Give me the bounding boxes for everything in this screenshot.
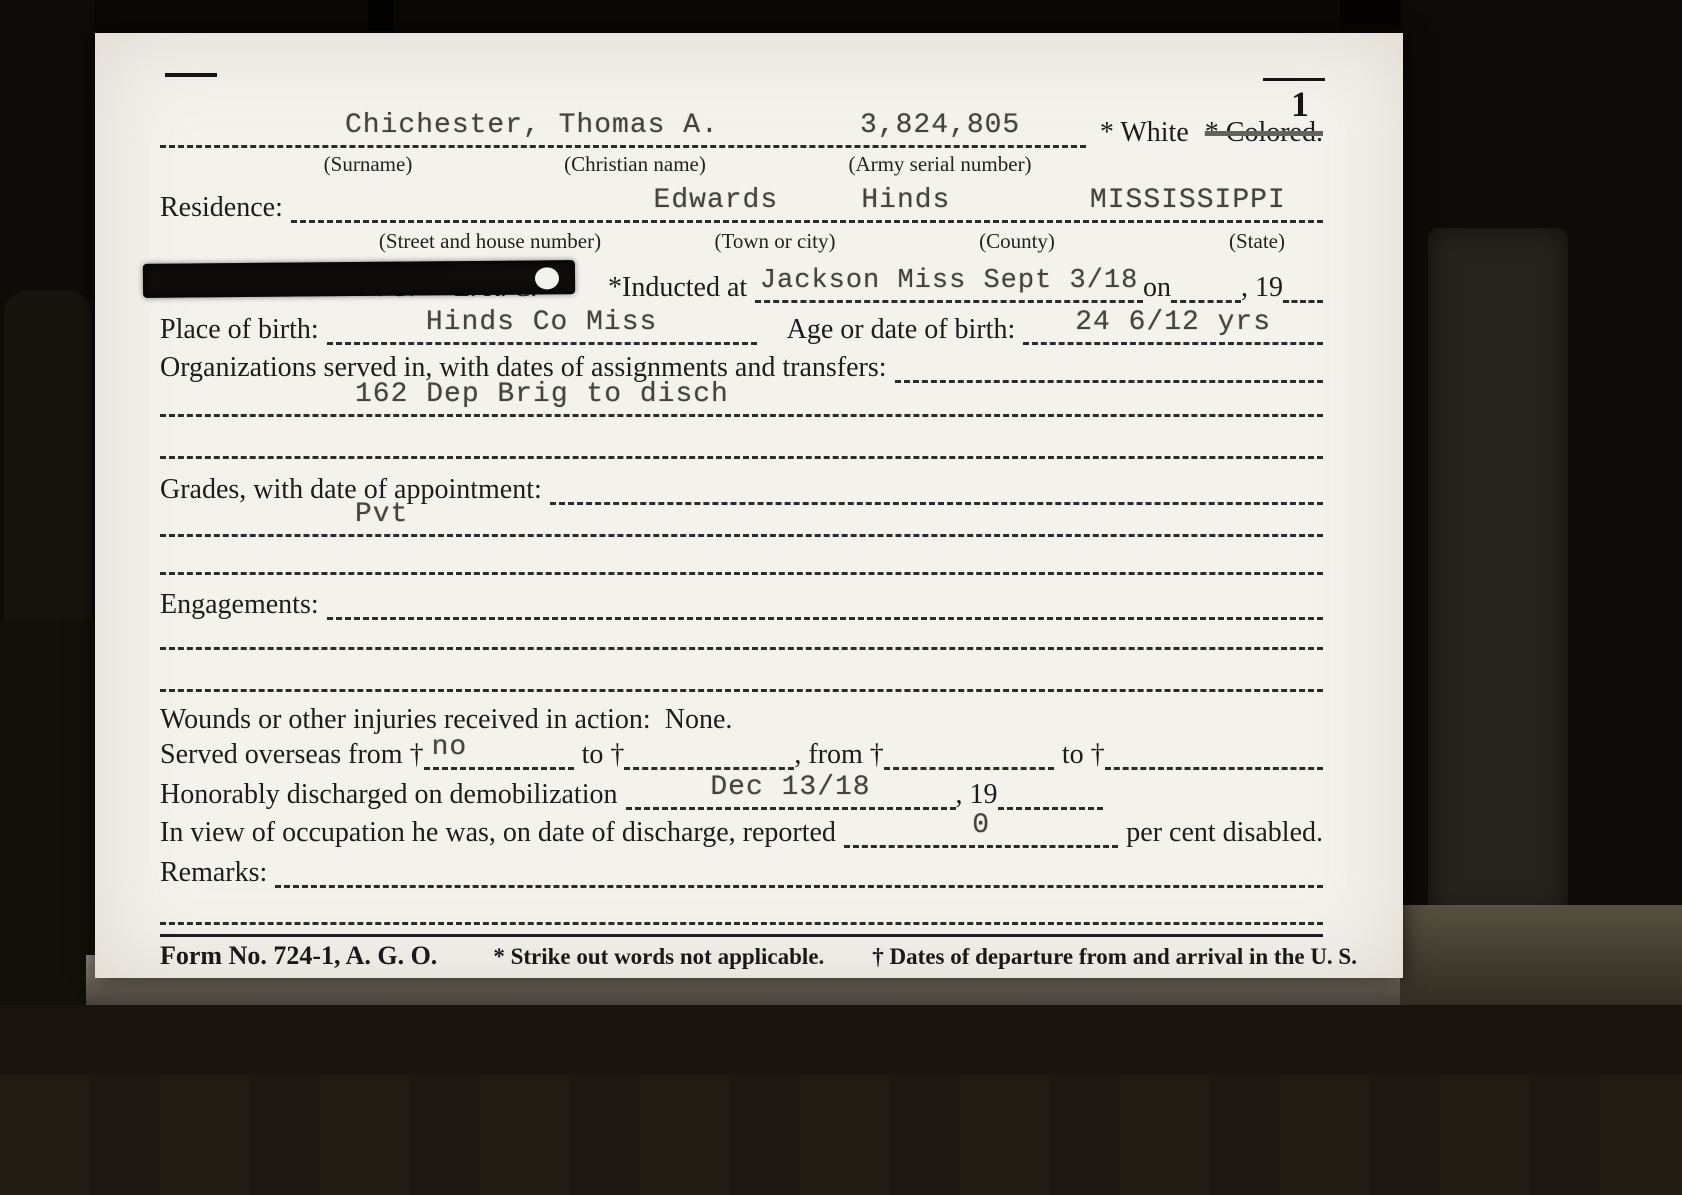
blank-field-1: [160, 426, 1323, 459]
place-of-birth-label: Place of birth:: [160, 315, 319, 345]
inducted-date-field: [1171, 270, 1241, 303]
christian-name-caption: (Christian name): [564, 152, 706, 177]
overseas-to2-label: to †: [1062, 740, 1105, 770]
wounds-label: Wounds or other injuries received in act…: [160, 705, 651, 735]
place-of-birth-value: Hinds Co Miss: [426, 307, 657, 338]
year-19-label: , 19: [1241, 273, 1283, 303]
discharge-year-field: [998, 777, 1103, 810]
overseas-to1-field: [624, 737, 794, 770]
residence-row: Residence: Edwards Hinds MISSISSIPPI: [160, 191, 1323, 223]
footer-note-dates: † Dates of departure from and arrival in…: [872, 944, 1357, 970]
overseas-to2-field: [1105, 737, 1323, 770]
discharge-year-label: , 19: [956, 780, 998, 810]
blank-field-3: [160, 617, 1323, 650]
overseas-from2-label: , from †: [794, 740, 883, 770]
redaction-bar-hole: [535, 267, 559, 289]
state-caption: (State): [1229, 229, 1285, 254]
overseas-row: Served overseas from † no to † , from † …: [160, 738, 1323, 770]
service-record-card: 1 Chichester, Thomas A. 3,824,805 * Whit…: [95, 33, 1403, 978]
disability-percent-field: 0: [844, 815, 1118, 848]
disability-row: In view of occupation he was, on date of…: [160, 816, 1323, 848]
town-caption: (Town or city): [715, 229, 836, 254]
army-serial-value: 3,824,805: [860, 110, 1020, 141]
grades-value: Pvt: [355, 499, 408, 530]
surname-name-value: Chichester, Thomas A.: [345, 110, 719, 141]
remarks-label: Remarks:: [160, 858, 267, 888]
blank-line-4: [160, 660, 1323, 692]
blank-field-5: [160, 892, 1323, 925]
form-number: Form No. 724-1, A. G. O.: [160, 941, 437, 971]
scan-bed-right-tab: [1428, 228, 1568, 916]
scan-bed-top-mark-2: [1340, 0, 1400, 26]
age-label: Age or date of birth:: [787, 315, 1016, 345]
surname-caption: (Surname): [324, 152, 413, 177]
overseas-from1-value: no: [432, 732, 468, 763]
organizations-value-field: 162 Dep Brig to disch: [160, 384, 1323, 417]
residence-label: Residence:: [160, 193, 283, 223]
age-value: 24 6/12 yrs: [1075, 307, 1271, 338]
residence-town-value: Edwards: [654, 185, 779, 216]
overseas-from1-field: no: [424, 737, 574, 770]
overseas-to1-label: to †: [582, 740, 625, 770]
discharge-date-value: Dec 13/18: [710, 772, 870, 803]
blank-field-4: [160, 659, 1323, 692]
disability-suffix-label: per cent disabled.: [1126, 818, 1323, 848]
age-field: 24 6/12 yrs: [1023, 312, 1323, 345]
remarks-field: [275, 855, 1323, 888]
overseas-from2-field: [884, 737, 1054, 770]
scanned-photo: 1 Chichester, Thomas A. 3,824,805 * Whit…: [0, 0, 1682, 1195]
grades-field: [550, 472, 1323, 505]
blank-line-2: [160, 543, 1323, 575]
inducted-place-value: Jackson Miss Sept 3/18: [760, 266, 1138, 296]
name-row: Chichester, Thomas A. 3,824,805 * White …: [160, 116, 1323, 148]
blank-line-5: [160, 893, 1323, 925]
blank-line-1: [160, 427, 1323, 459]
inducted-year-field: [1283, 270, 1323, 303]
scan-bed-left-bottom: [0, 620, 95, 1040]
army-serial-caption: (Army serial number): [848, 152, 1031, 177]
birth-row: Place of birth: Hinds Co Miss Age or dat…: [160, 313, 1323, 345]
wounds-value: None.: [665, 705, 733, 735]
grades-value-row: Pvt: [160, 505, 1323, 537]
overseas-label: Served overseas from †: [160, 740, 424, 770]
footer-row: Form No. 724-1, A. G. O. * Strike out wo…: [160, 941, 1323, 971]
residence-field: Edwards Hinds MISSISSIPPI: [291, 190, 1323, 223]
organizations-value-row: 162 Dep Brig to disch: [160, 385, 1323, 417]
white-label: * White: [1100, 118, 1189, 148]
footer-rule: [160, 934, 1323, 937]
wounds-row: Wounds or other injuries received in act…: [160, 703, 1323, 735]
residence-county-value: Hinds: [861, 185, 950, 216]
discharge-label: Honorably discharged on demobilization: [160, 780, 618, 810]
redaction-bar: [143, 260, 575, 298]
blank-field-2: [160, 542, 1323, 575]
disability-percent-value: 0: [972, 810, 990, 841]
engagements-row: Engagements:: [160, 588, 1323, 620]
scan-bed-bottom-texture: [0, 1075, 1682, 1195]
engagements-label: Engagements:: [160, 590, 319, 620]
grades-value-field: Pvt: [160, 504, 1323, 537]
engagements-field: [327, 587, 1323, 620]
remarks-row: Remarks:: [160, 856, 1323, 888]
organizations-row: Organizations served in, with dates of a…: [160, 351, 1323, 383]
place-of-birth-field: Hinds Co Miss: [327, 312, 757, 345]
discharge-date-field: Dec 13/18: [626, 777, 956, 810]
scan-bed-top-mark: [368, 0, 394, 30]
grades-label: Grades, with date of appointment:: [160, 475, 542, 505]
organizations-field: [895, 350, 1323, 383]
street-caption: (Street and house number): [379, 229, 601, 254]
inducted-place-field: Jackson Miss Sept 3/18: [755, 270, 1143, 303]
grades-row: Grades, with date of appointment:: [160, 473, 1323, 505]
county-caption: (County): [979, 229, 1055, 254]
organizations-value: 162 Dep Brig to disch: [355, 379, 729, 410]
discharge-row: Honorably discharged on demobilization D…: [160, 778, 1323, 810]
blank-line-3: [160, 618, 1323, 650]
colored-label-struck: * Colored.: [1205, 118, 1323, 148]
on-label: on: [1143, 273, 1171, 303]
page-number-rule: [1263, 78, 1325, 81]
footer-note-strike: * Strike out words not applicable.: [493, 944, 824, 970]
top-left-rule: [165, 73, 217, 77]
name-serial-field: Chichester, Thomas A. 3,824,805: [160, 115, 1086, 148]
disability-label: In view of occupation he was, on date of…: [160, 818, 836, 848]
residence-state-value: MISSISSIPPI: [1090, 185, 1286, 216]
inducted-at-label: *Inducted at: [608, 273, 747, 303]
